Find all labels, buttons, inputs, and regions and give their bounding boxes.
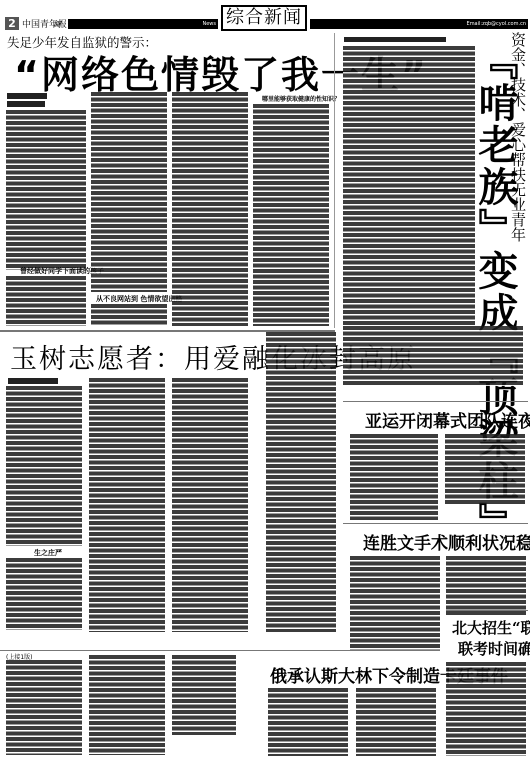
body-text bbox=[172, 378, 248, 632]
body-text bbox=[350, 556, 440, 650]
editor-line: 本版责任编辑 王 版式 王 Tel:010-64098089 bbox=[310, 30, 416, 36]
byline bbox=[7, 93, 47, 99]
editor-bar: 本版责任编辑 王 版式 王 Tel:010-64098089 Email:zqb… bbox=[310, 19, 528, 29]
column-divider bbox=[334, 33, 335, 328]
subhead: 生之庄严 bbox=[34, 548, 62, 558]
headline-line-1: 北大招生“联盟” bbox=[452, 617, 530, 638]
body-text bbox=[91, 92, 167, 292]
section-rule bbox=[343, 523, 528, 524]
subhead: 哪里能够获取健康的性知识？ bbox=[262, 94, 340, 103]
headline-line-2: 联考时间确定 bbox=[458, 638, 530, 659]
section-title: 综合新闻 bbox=[221, 5, 307, 31]
section-en: News bbox=[198, 19, 216, 29]
byline bbox=[344, 37, 446, 42]
section-rule bbox=[446, 610, 528, 611]
body-text bbox=[6, 110, 86, 270]
body-text bbox=[356, 688, 436, 756]
body-text bbox=[89, 655, 165, 755]
body-text bbox=[446, 662, 526, 756]
body-text bbox=[6, 558, 82, 630]
body-text bbox=[6, 660, 82, 755]
body-text bbox=[253, 104, 329, 326]
body-text bbox=[6, 386, 82, 546]
email: Email:zqb@cyol.com.cn bbox=[463, 19, 526, 29]
page-number: 2 bbox=[5, 17, 19, 30]
subhead: 从不良网站到 色情欲望出路 bbox=[96, 294, 182, 304]
date-bar: 2010年11月30日 星期二 News bbox=[68, 19, 218, 29]
body-text bbox=[343, 46, 475, 326]
section-rule bbox=[0, 650, 440, 651]
headline: 连胜文手术顺利状况稳定 bbox=[363, 529, 530, 554]
body-text bbox=[172, 655, 236, 735]
decorative-stripes: ///// bbox=[54, 20, 61, 28]
body-text bbox=[266, 332, 336, 632]
byline-2 bbox=[7, 101, 45, 107]
body-text bbox=[350, 434, 438, 520]
headline: 亚运开闭幕式团队连夜转场亚残运会 bbox=[365, 407, 530, 432]
byline bbox=[8, 378, 58, 384]
body-text bbox=[268, 688, 348, 756]
body-text bbox=[446, 556, 526, 616]
body-text bbox=[343, 326, 523, 386]
body-text bbox=[6, 276, 86, 326]
body-text bbox=[172, 92, 248, 326]
section-rule bbox=[343, 401, 528, 402]
body-text bbox=[445, 434, 525, 504]
body-text bbox=[91, 304, 167, 326]
body-text bbox=[89, 378, 165, 632]
